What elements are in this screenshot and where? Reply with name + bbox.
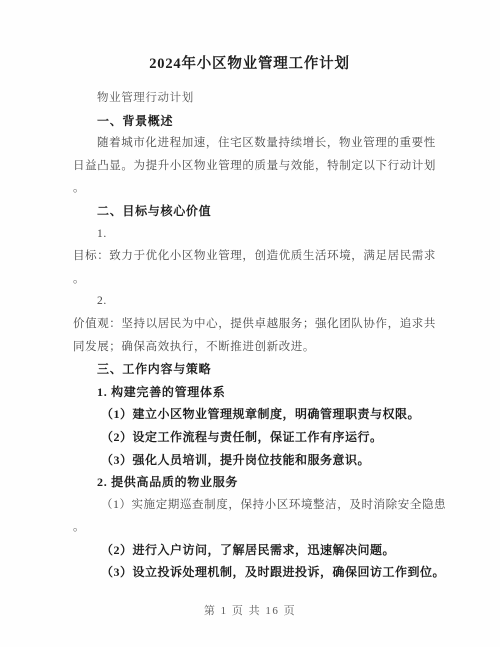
document-title: 2024年小区物业管理工作计划 [73,52,426,76]
text-line: 随着城市化进程加速，住宅区数量持续增长，物业管理的重要性 [73,132,426,155]
text-line: （2）设定工作流程与责任制，保证工作有序运行。 [73,426,426,449]
text-line: 目标：致力于优化小区物业管理，创造优质生活环境，满足居民需求 [73,245,426,268]
text-line: 。 [73,516,426,539]
text-line: （1）实施定期巡查制度，保持小区环境整洁，及时消除安全隐患 [73,494,426,517]
page-number-footer: 第 1 页 共 16 页 [0,601,500,621]
document-lines: 物业管理行动计划一、背景概述随着城市化进程加速，住宅区数量持续增长，物业管理的重… [73,87,426,584]
text-line: 。 [73,177,426,200]
text-line: 三、工作内容与策略 [73,358,426,381]
text-line: 1. [73,223,426,246]
text-line: 一、背景概述 [73,110,426,133]
text-line: 物业管理行动计划 [73,87,426,110]
text-line: （2）进行入户访问，了解居民需求，迅速解决问题。 [73,539,426,562]
text-line: 同发展；确保高效执行，不断推进创新改进。 [73,336,426,359]
text-line: （3）设立投诉处理机制，及时跟进投诉，确保回访工作到位。 [73,561,426,584]
text-line: （1）建立小区物业管理规章制度，明确管理职责与权限。 [73,403,426,426]
text-line: （3）强化人员培训，提升岗位技能和服务意识。 [73,449,426,472]
text-line: 价值观：坚持以居民为中心，提供卓越服务；强化团队协作，追求共 [73,313,426,336]
text-line: 。 [73,268,426,291]
text-line: 2. [73,290,426,313]
text-line: 2. 提供高品质的物业服务 [73,471,426,494]
document-page: 2024年小区物业管理工作计划 物业管理行动计划一、背景概述随着城市化进程加速，… [0,0,500,647]
text-line: 二、目标与核心价值 [73,200,426,223]
document-body: 2024年小区物业管理工作计划 物业管理行动计划一、背景概述随着城市化进程加速，… [73,0,426,584]
text-line: 日益凸显。为提升小区物业管理的质量与效能，特制定以下行动计划 [73,155,426,178]
text-line: 1. 构建完善的管理体系 [73,381,426,404]
